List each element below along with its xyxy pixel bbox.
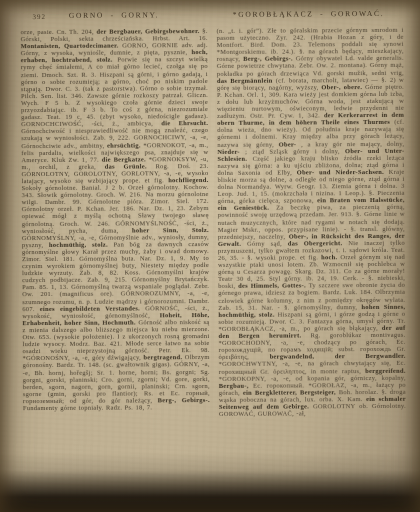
dictionary-page-scan: 392 GORNO - GORNY. *GOROBŁĄKACZ - GOROWA… xyxy=(0,0,420,512)
text-columns: orze, pasie. Cn. Th. 204, der Bergbauer,… xyxy=(21,27,406,419)
scanned-page-body: 392 GORNO - GORNY. *GOROBŁĄKACZ - GOROWA… xyxy=(0,0,420,512)
running-header: 392 GORNO - GORNY. *GOROBŁĄKACZ - GOROWA… xyxy=(0,9,419,24)
running-head-left: GORNO - GORNY. xyxy=(21,10,208,20)
right-column-text: (n. „t. i. gór”). Złe to góralskim przec… xyxy=(217,27,406,418)
left-column-text: orze, pasie. Cn. Th. 204, der Bergbauer,… xyxy=(21,28,210,419)
running-head-right: *GOROBŁĄKACZ - GOROWAĆ. xyxy=(212,9,404,19)
